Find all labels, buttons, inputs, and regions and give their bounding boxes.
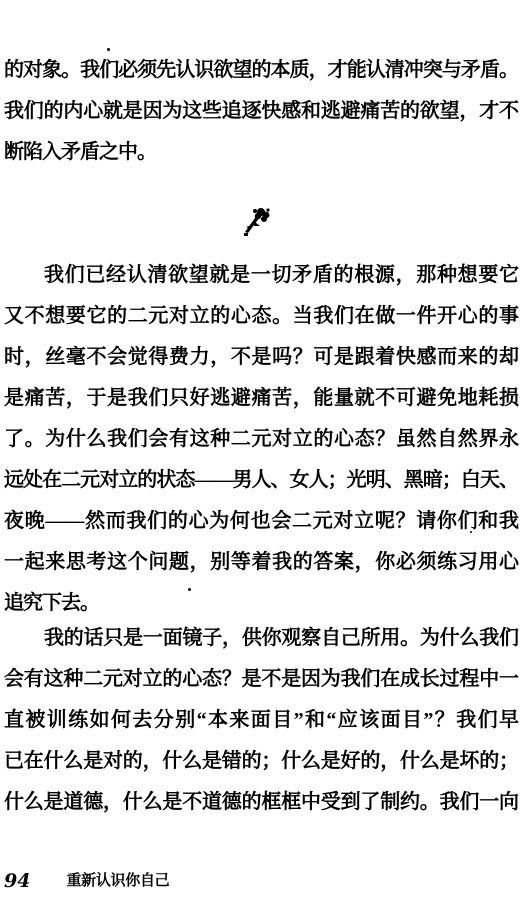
paragraph-2: 我们已经认清欲望就是一切矛盾的根源，那种想要它 又不想要它的二元对立的心态。当我… — [4, 255, 518, 624]
floral-sprig-icon — [240, 203, 276, 243]
text-line: 夜晚——然而我们的心为何也会二元对立呢？请你们和我 — [4, 501, 518, 542]
scan-speck — [188, 588, 191, 591]
text-line: 我们的内心就是因为这些追逐快感和逃避痛苦的欲望，才不 — [4, 91, 518, 132]
paragraph-1: 的对象。我们必须先认识欲望的本质，才能认清冲突与矛盾。 我们的内心就是因为这些追… — [4, 50, 518, 173]
text-line: 了。为什么我们会有这种二元对立的心态？虽然自然界永 — [4, 419, 518, 460]
paragraph-3: 我的话只是一面镜子，供你观察自己所用。为什么我们 会有这种二元对立的心态？是不是… — [4, 618, 518, 823]
text-line: 断陷入矛盾之中。 — [4, 132, 518, 173]
text-line: 直被训练如何去分别“本来面目”和“应该面目”？我们早 — [4, 700, 518, 741]
text-line: 是痛苦，于是我们只好逃避痛苦，能量就不可避免地耗损 — [4, 378, 518, 419]
text-line: 我的话只是一面镜子，供你观察自己所用。为什么我们 — [4, 618, 518, 659]
text-line: 我们已经认清欲望就是一切矛盾的根源，那种想要它 — [4, 255, 518, 296]
scan-speck — [470, 531, 472, 533]
page-number: 94 — [4, 869, 30, 893]
text-line: 的对象。我们必须先认识欲望的本质，才能认清冲突与矛盾。 — [4, 50, 518, 91]
scan-speck — [107, 48, 110, 51]
book-page: 的对象。我们必须先认识欲望的本质，才能认清冲突与矛盾。 我们的内心就是因为这些追… — [0, 0, 522, 899]
text-line: 又不想要它的二元对立的心态。当我们在做一件开心的事 — [4, 296, 518, 337]
text-line: 什么是道德，什么是不道德的框框中受到了制约。我们一向 — [4, 782, 518, 823]
text-line: 会有这种二元对立的心态？是不是因为我们在成长过程中一 — [4, 659, 518, 700]
text-line: 一起来思考这个问题，别等着我的答案，你必须练习用心 — [4, 542, 518, 583]
text-line: 时，丝毫不会觉得费力，不是吗？可是跟着快感而来的却 — [4, 337, 518, 378]
text-line: 已在什么是对的，什么是错的；什么是好的，什么是坏的； — [4, 741, 518, 782]
book-title: 重新认识你自己 — [66, 869, 169, 893]
text-line: 远处在二元对立的状态——男人、女人；光明、黑暗；白天、 — [4, 460, 518, 501]
page-footer: 94 重新认识你自己 — [4, 869, 518, 893]
